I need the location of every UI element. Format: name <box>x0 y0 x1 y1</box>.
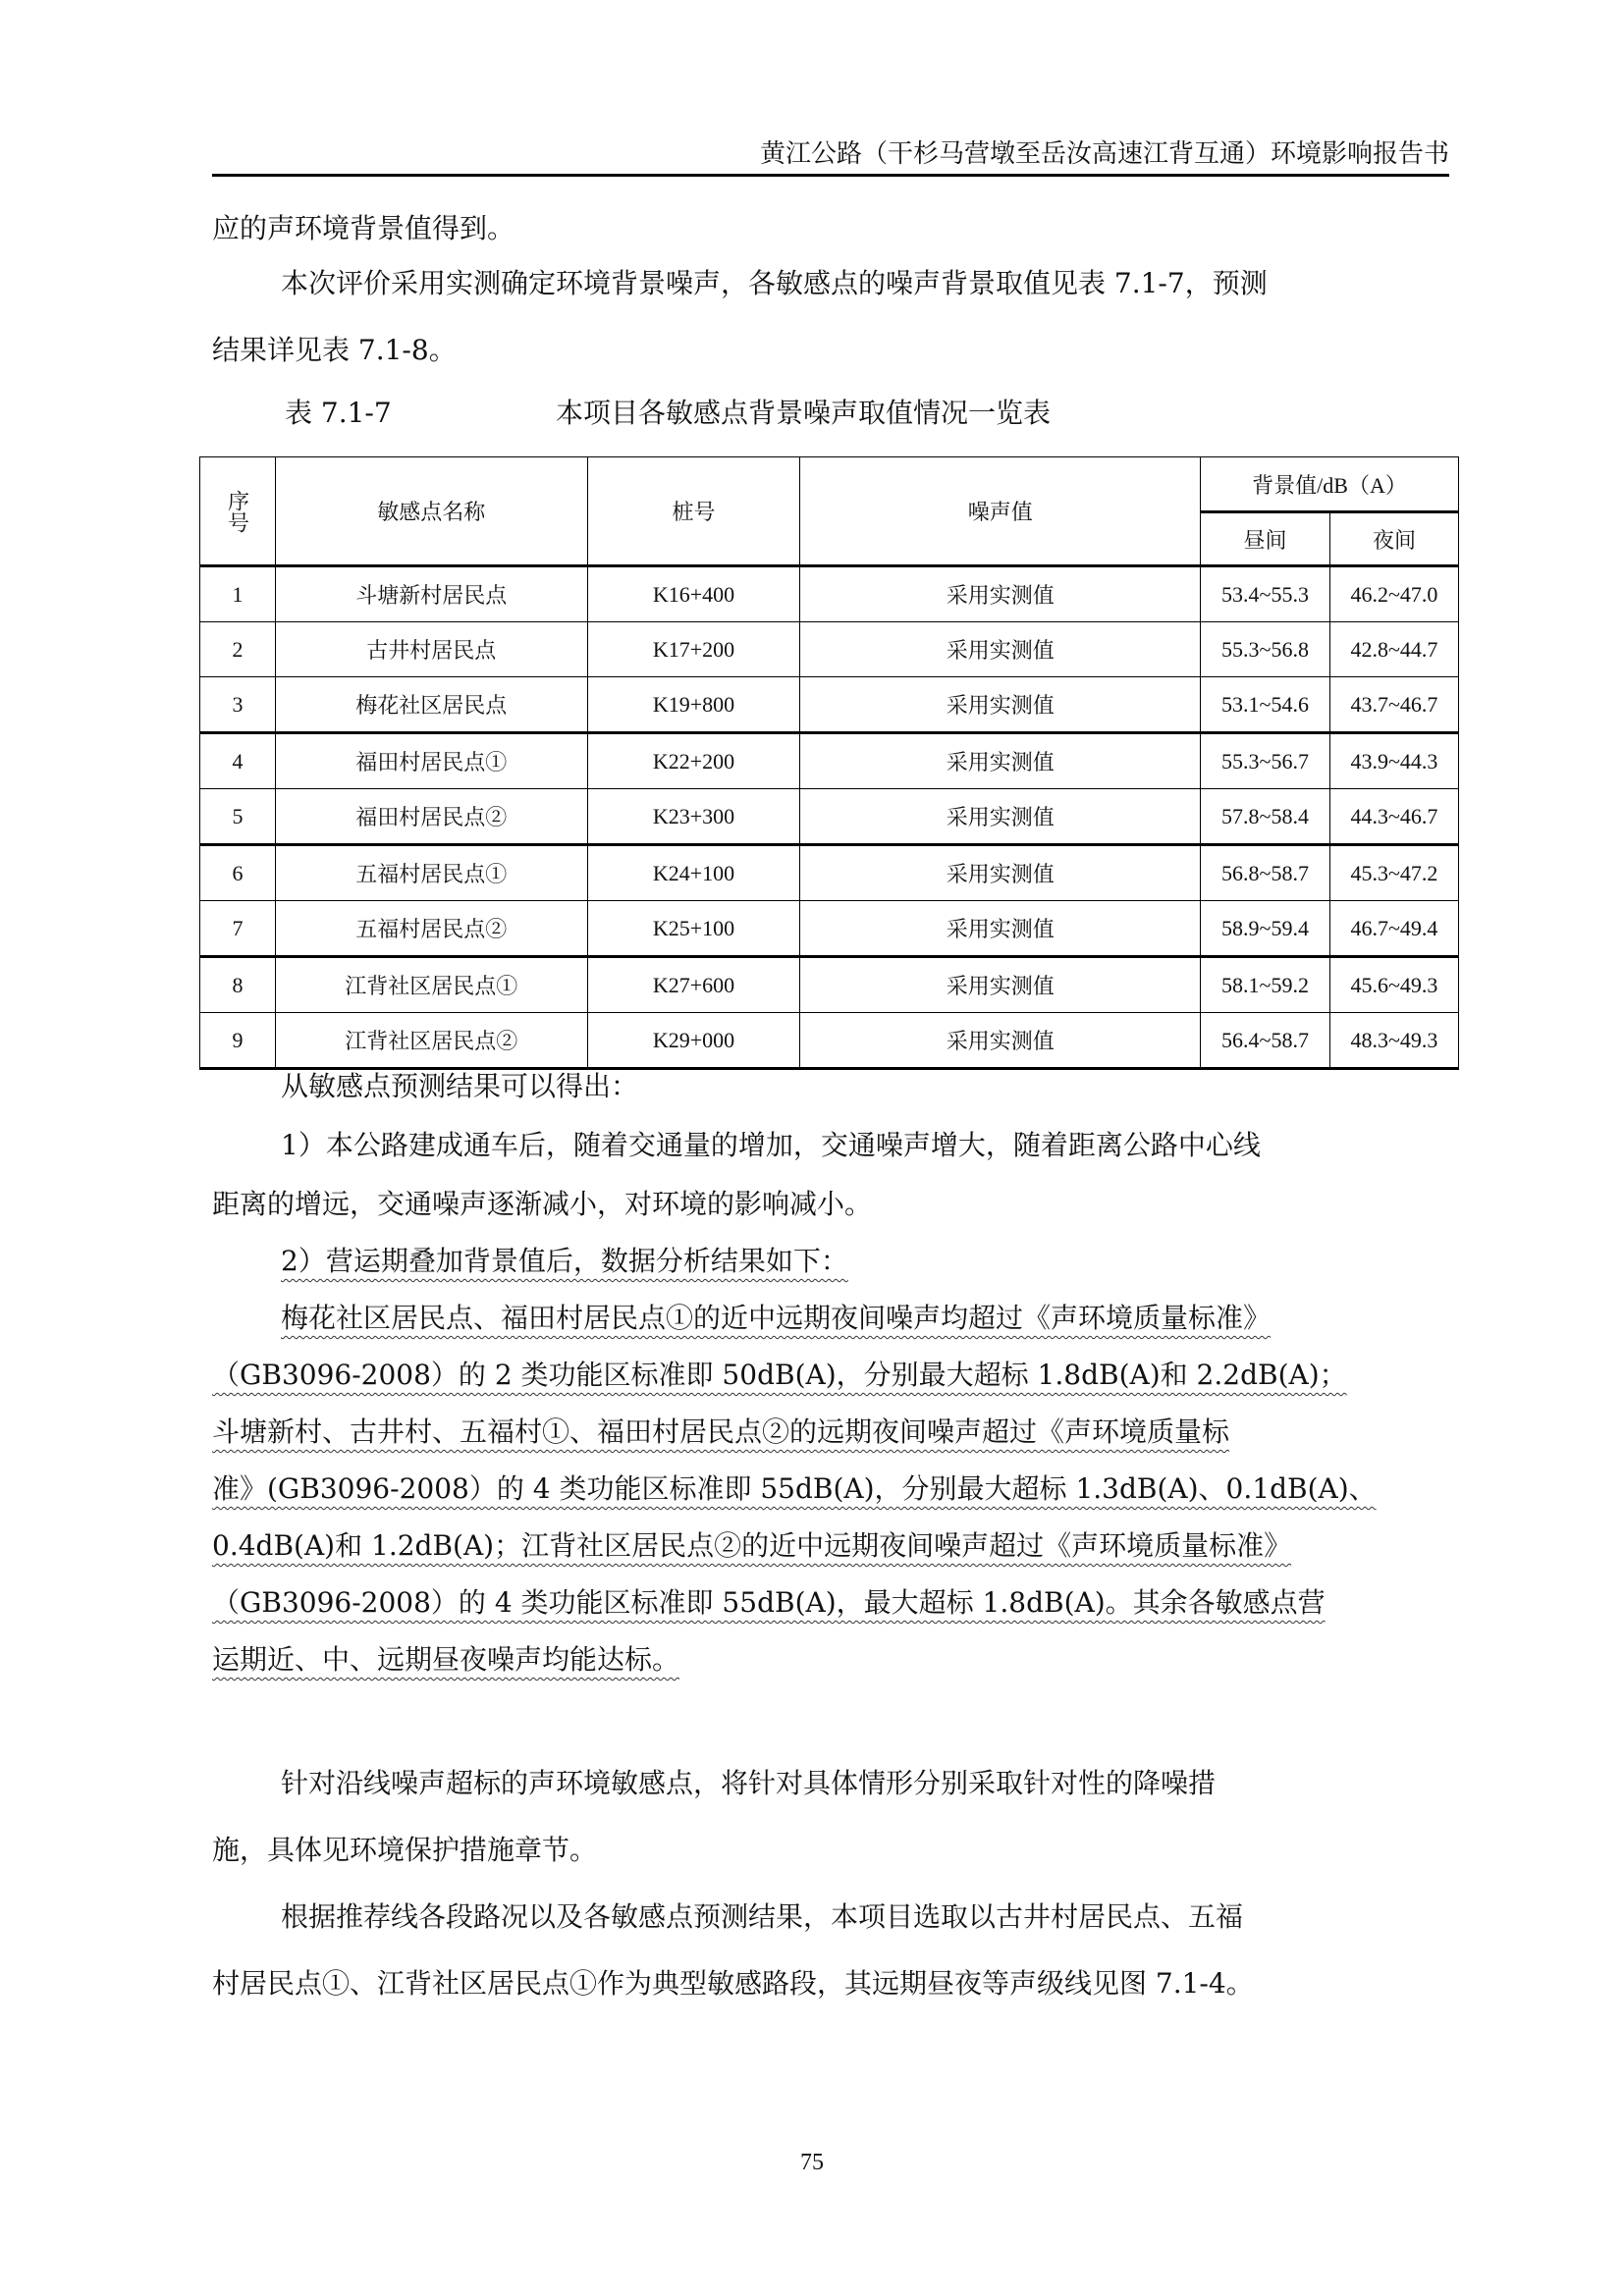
cell-station: K24+100 <box>587 845 800 901</box>
cell-station: K25+100 <box>587 901 800 957</box>
paragraph-typical-line2: 村居民点①、江背社区居民点①作为典型敏感路段，其远期昼夜等声级线见图 7.1-4… <box>212 1967 1449 2001</box>
cell-name: 五福村居民点② <box>275 901 587 957</box>
page-number: 75 <box>0 2150 1624 2176</box>
cell-noise: 采用实测值 <box>800 957 1201 1013</box>
header-noise: 噪声值 <box>800 457 1201 566</box>
cell-night: 48.3~49.3 <box>1329 1013 1458 1069</box>
cell-seq: 2 <box>200 622 276 677</box>
table-row: 6 五福村居民点① K24+100 采用实测值 56.8~58.7 45.3~4… <box>200 845 1459 901</box>
cell-noise: 采用实测值 <box>800 622 1201 677</box>
cell-station: K23+300 <box>587 789 800 845</box>
cell-seq: 6 <box>200 845 276 901</box>
exceedance-line-2: （GB3096-2008）的 2 类功能区标准即 50dB(A)，分别最大超标 … <box>212 1359 1449 1392</box>
exceedance-text: 运期近、中、远期昼夜噪声均能达标。 <box>212 1643 679 1676</box>
cell-seq: 3 <box>200 677 276 733</box>
cell-day: 58.9~59.4 <box>1201 901 1330 957</box>
cell-name: 梅花社区居民点 <box>275 677 587 733</box>
paragraph-typical-line1: 根据推荐线各段路况以及各敏感点预测结果，本项目选取以古井村居民点、五福 <box>212 1900 1449 1934</box>
paragraph-conclusions-intro: 从敏感点预测结果可以得出： <box>212 1070 1449 1103</box>
table-row: 1 斗塘新村居民点 K16+400 采用实测值 53.4~55.3 46.2~4… <box>200 566 1459 622</box>
exceedance-line-6: （GB3096-2008）的 4 类功能区标准即 55dB(A)，最大超标 1.… <box>212 1586 1449 1620</box>
header-seq: 序号 <box>200 457 276 566</box>
cell-night: 44.3~46.7 <box>1329 789 1458 845</box>
cell-night: 45.3~47.2 <box>1329 845 1458 901</box>
cell-seq: 1 <box>200 566 276 622</box>
cell-day: 58.1~59.2 <box>1201 957 1330 1013</box>
cell-noise: 采用实测值 <box>800 677 1201 733</box>
cell-day: 57.8~58.4 <box>1201 789 1330 845</box>
table-row: 7 五福村居民点② K25+100 采用实测值 58.9~59.4 46.7~4… <box>200 901 1459 957</box>
cell-name: 江背社区居民点② <box>275 1013 587 1069</box>
cell-seq: 5 <box>200 789 276 845</box>
exceedance-text: （GB3096-2008）的 2 类功能区标准即 50dB(A)，分别最大超标 … <box>212 1359 1347 1391</box>
cell-night: 46.2~47.0 <box>1329 566 1458 622</box>
cell-seq: 9 <box>200 1013 276 1069</box>
paragraph-mitigation-line2: 施，具体见环境保护措施章节。 <box>212 1834 1449 1867</box>
cell-seq: 7 <box>200 901 276 957</box>
cell-noise: 采用实测值 <box>800 901 1201 957</box>
exceedance-text: 斗塘新村、古井村、五福村①、福田村居民点②的远期夜间噪声超过《声环境质量标 <box>212 1415 1229 1448</box>
cell-name: 福田村居民点② <box>275 789 587 845</box>
document-header-title: 黄江公路（干杉马营墩至岳汝高速江背互通）环境影响报告书 <box>212 137 1449 171</box>
cell-night: 45.6~49.3 <box>1329 957 1458 1013</box>
cell-station: K19+800 <box>587 677 800 733</box>
point2-heading-text: 2）营运期叠加背景值后，数据分析结果如下： <box>281 1245 848 1277</box>
table-row: 2 古井村居民点 K17+200 采用实测值 55.3~56.8 42.8~44… <box>200 622 1459 677</box>
table-row: 8 江背社区居民点① K27+600 采用实测值 58.1~59.2 45.6~… <box>200 957 1459 1013</box>
cell-seq: 8 <box>200 957 276 1013</box>
header-day: 昼间 <box>1201 512 1330 566</box>
exceedance-line-4: 准》(GB3096-2008）的 4 类功能区标准即 55dB(A)，分别最大超… <box>212 1472 1449 1506</box>
cell-station: K29+000 <box>587 1013 800 1069</box>
cell-day: 56.4~58.7 <box>1201 1013 1330 1069</box>
cell-night: 42.8~44.7 <box>1329 622 1458 677</box>
exceedance-line-3: 斗塘新村、古井村、五福村①、福田村居民点②的远期夜间噪声超过《声环境质量标 <box>212 1415 1449 1449</box>
cell-noise: 采用实测值 <box>800 789 1201 845</box>
cell-night: 46.7~49.4 <box>1329 901 1458 957</box>
paragraph-continuation: 应的声环境背景值得到。 <box>212 212 1449 245</box>
exceedance-text: 0.4dB(A)和 1.2dB(A)；江背社区居民点②的近中远期夜间噪声超过《声… <box>212 1529 1291 1562</box>
paragraph-mitigation-line1: 针对沿线噪声超标的声环境敏感点，将针对具体情形分别采取针对性的降噪措 <box>212 1767 1449 1800</box>
cell-day: 53.4~55.3 <box>1201 566 1330 622</box>
cell-day: 53.1~54.6 <box>1201 677 1330 733</box>
cell-day: 56.8~58.7 <box>1201 845 1330 901</box>
cell-noise: 采用实测值 <box>800 733 1201 789</box>
exceedance-line-7: 运期近、中、远期昼夜噪声均能达标。 <box>212 1643 1449 1677</box>
table-row: 9 江背社区居民点② K29+000 采用实测值 56.4~58.7 48.3~… <box>200 1013 1459 1069</box>
paragraph-point2-heading: 2）营运期叠加背景值后，数据分析结果如下： <box>212 1245 1449 1278</box>
cell-noise: 采用实测值 <box>800 566 1201 622</box>
cell-station: K27+600 <box>587 957 800 1013</box>
cell-name: 江背社区居民点① <box>275 957 587 1013</box>
cell-station: K22+200 <box>587 733 800 789</box>
header-divider <box>212 174 1449 177</box>
cell-night: 43.9~44.3 <box>1329 733 1458 789</box>
background-noise-table: 序号 敏感点名称 桩号 噪声值 背景值/dB（A） 昼间 夜间 1 斗塘新村居民… <box>199 456 1459 1070</box>
cell-station: K17+200 <box>587 622 800 677</box>
header-name: 敏感点名称 <box>275 457 587 566</box>
exceedance-line-5: 0.4dB(A)和 1.2dB(A)；江背社区居民点②的近中远期夜间噪声超过《声… <box>212 1529 1449 1563</box>
cell-name: 古井村居民点 <box>275 622 587 677</box>
cell-station: K16+400 <box>587 566 800 622</box>
exceedance-text: 准》(GB3096-2008）的 4 类功能区标准即 55dB(A)，分别最大超… <box>212 1472 1377 1505</box>
cell-name: 斗塘新村居民点 <box>275 566 587 622</box>
paragraph-point1-line2: 距离的增远，交通噪声逐渐减小，对环境的影响减小。 <box>212 1188 1449 1221</box>
exceedance-text: 梅花社区居民点、福田村居民点①的近中远期夜间噪声均超过《声环境质量标准》 <box>281 1302 1271 1334</box>
header-station: 桩号 <box>587 457 800 566</box>
paragraph-point1-line1: 1）本公路建成通车后，随着交通量的增加，交通噪声增大，随着距离公路中心线 <box>212 1129 1449 1162</box>
cell-noise: 采用实测值 <box>800 1013 1201 1069</box>
table-caption-title: 本项目各敏感点背景噪声取值情况一览表 <box>556 397 1051 430</box>
cell-name: 福田村居民点① <box>275 733 587 789</box>
exceedance-text: （GB3096-2008）的 4 类功能区标准即 55dB(A)，最大超标 1.… <box>212 1586 1326 1619</box>
table-row: 5 福田村居民点② K23+300 采用实测值 57.8~58.4 44.3~4… <box>200 789 1459 845</box>
cell-noise: 采用实测值 <box>800 845 1201 901</box>
table-row: 4 福田村居民点① K22+200 采用实测值 55.3~56.7 43.9~4… <box>200 733 1459 789</box>
cell-night: 43.7~46.7 <box>1329 677 1458 733</box>
paragraph-intro-line1: 本次评价采用实测确定环境背景噪声，各敏感点的噪声背景取值见表 7.1-7，预测 <box>212 267 1449 300</box>
header-background: 背景值/dB（A） <box>1201 457 1459 512</box>
cell-day: 55.3~56.8 <box>1201 622 1330 677</box>
exceedance-line-1: 梅花社区居民点、福田村居民点①的近中远期夜间噪声均超过《声环境质量标准》 <box>212 1302 1449 1335</box>
table-caption-number: 表 7.1-7 <box>285 397 392 430</box>
table-row: 3 梅花社区居民点 K19+800 采用实测值 53.1~54.6 43.7~4… <box>200 677 1459 733</box>
cell-seq: 4 <box>200 733 276 789</box>
header-night: 夜间 <box>1329 512 1458 566</box>
paragraph-intro-line2: 结果详见表 7.1-8。 <box>212 334 1449 367</box>
cell-name: 五福村居民点① <box>275 845 587 901</box>
cell-day: 55.3~56.7 <box>1201 733 1330 789</box>
